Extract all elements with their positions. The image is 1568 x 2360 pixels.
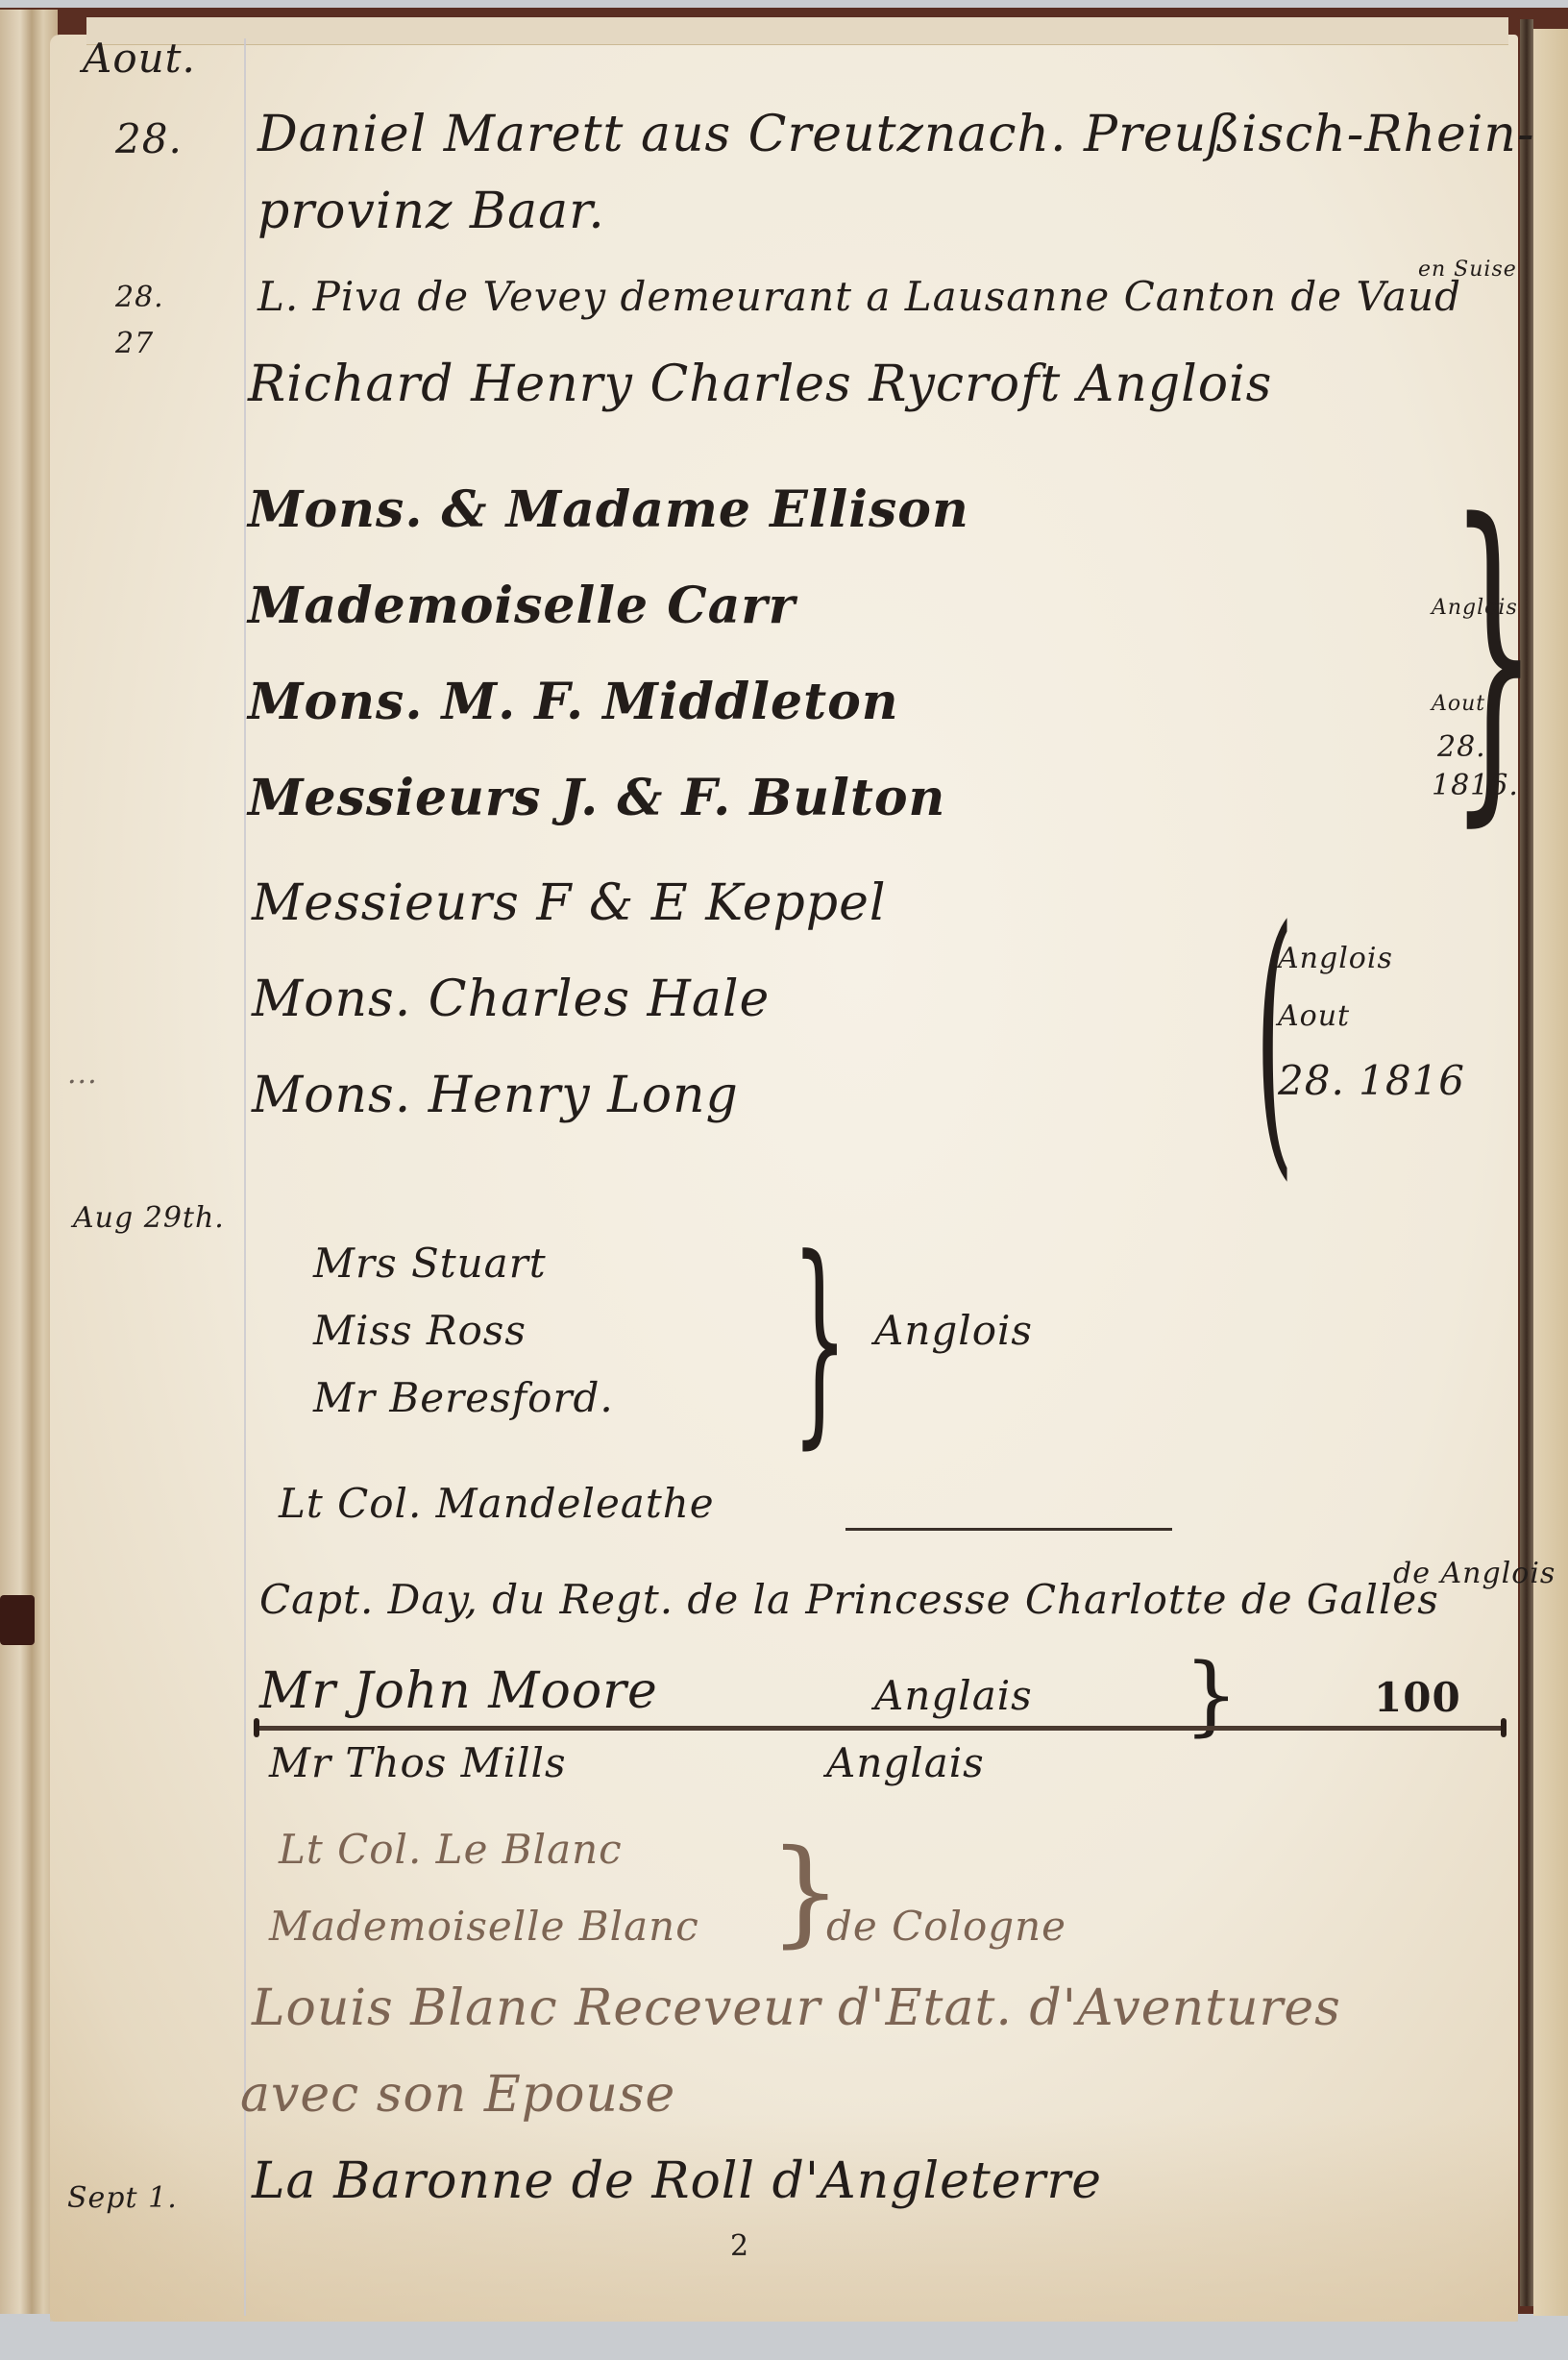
entry-text: Richard Henry Charles Rycroft Anglois	[248, 356, 1272, 413]
entry-text: Mr John Moore	[259, 1662, 658, 1720]
entry-text: Mademoiselle Carr	[248, 577, 796, 635]
entry-text: Mons. & Madame Ellison	[248, 480, 969, 539]
margin-marks: ...	[67, 1057, 98, 1091]
tally-count: 100	[1374, 1674, 1461, 1721]
entry-text: Capt. Day, du Regt. de la Princesse Char…	[259, 1576, 1439, 1623]
divider-rule	[256, 1726, 1505, 1731]
group-note: Aout	[1432, 692, 1485, 716]
entry-text: Mrs Stuart	[313, 1240, 547, 1287]
group-note: de Anglois	[1393, 1557, 1556, 1590]
entry-nationality: Anglais	[874, 1672, 1033, 1719]
entry-date: Sept 1.	[67, 2181, 178, 2215]
entry-text: Mons. Charles Hale	[252, 971, 770, 1028]
entry-date: 28.	[115, 115, 183, 162]
entry-text: Mademoiselle Blanc	[269, 1903, 699, 1950]
group-note: Anglois	[1278, 942, 1393, 975]
next-page-edge	[1533, 29, 1568, 2316]
group-note: de Cologne	[826, 1903, 1066, 1950]
entry-text: Daniel Marett aus Creutznach. Preußisch-…	[257, 106, 1534, 163]
page-top-strip	[86, 17, 1508, 45]
group-note: Anglois	[1432, 596, 1518, 620]
book-gutter	[1520, 19, 1533, 2306]
entry-text: Mr Thos Mills	[269, 1739, 567, 1786]
page-edges-left	[0, 10, 58, 2314]
entry-text: avec son Epouse	[240, 2066, 675, 2124]
brace-icon: }	[792, 1230, 848, 1451]
entry-date: 28.	[115, 281, 164, 314]
group-note: 28.	[1437, 730, 1486, 764]
entry-text: Messieurs F & E Keppel	[252, 874, 886, 932]
group-note: Aout	[1278, 999, 1350, 1033]
entry-nationality: Anglais	[826, 1739, 985, 1786]
page-number: 2	[730, 2229, 749, 2263]
entry-note: en Suise	[1418, 258, 1517, 282]
entry-text: Lt Col. Mandeleathe	[279, 1480, 715, 1527]
group-note: 28. 1816	[1278, 1057, 1465, 1104]
entry-text: Mons. Henry Long	[252, 1067, 739, 1124]
month-heading: Aout.	[83, 35, 196, 82]
entry-text: Mons. M. F. Middleton	[248, 673, 899, 731]
entry-text: L. Piva de Vevey demeurant a Lausanne Ca…	[257, 273, 1461, 320]
group-note: 1816.	[1432, 769, 1519, 802]
entry-text: Lt Col. Le Blanc	[279, 1826, 623, 1873]
entry-text: La Baronne de Roll d'Angleterre	[252, 2152, 1102, 2210]
group-note: Anglois	[874, 1307, 1033, 1354]
line-filler	[845, 1528, 1172, 1531]
entry-date: Aug 29th.	[73, 1201, 225, 1235]
entry-text: Miss Ross	[313, 1307, 527, 1354]
entry-text-continued: provinz Baar.	[257, 183, 605, 240]
water-stain	[50, 2114, 1518, 2322]
entry-text: Mr Beresford.	[313, 1374, 614, 1421]
entry-text: Messieurs J. & F. Bulton	[248, 769, 945, 827]
entry-text: Louis Blanc Receveur d'Etat. d'Aventures	[252, 1979, 1341, 2037]
brace-icon: (	[1255, 894, 1294, 1182]
margin-rule	[244, 38, 246, 2316]
ink-blot	[0, 1595, 35, 1645]
entry-date: 27	[115, 327, 154, 360]
